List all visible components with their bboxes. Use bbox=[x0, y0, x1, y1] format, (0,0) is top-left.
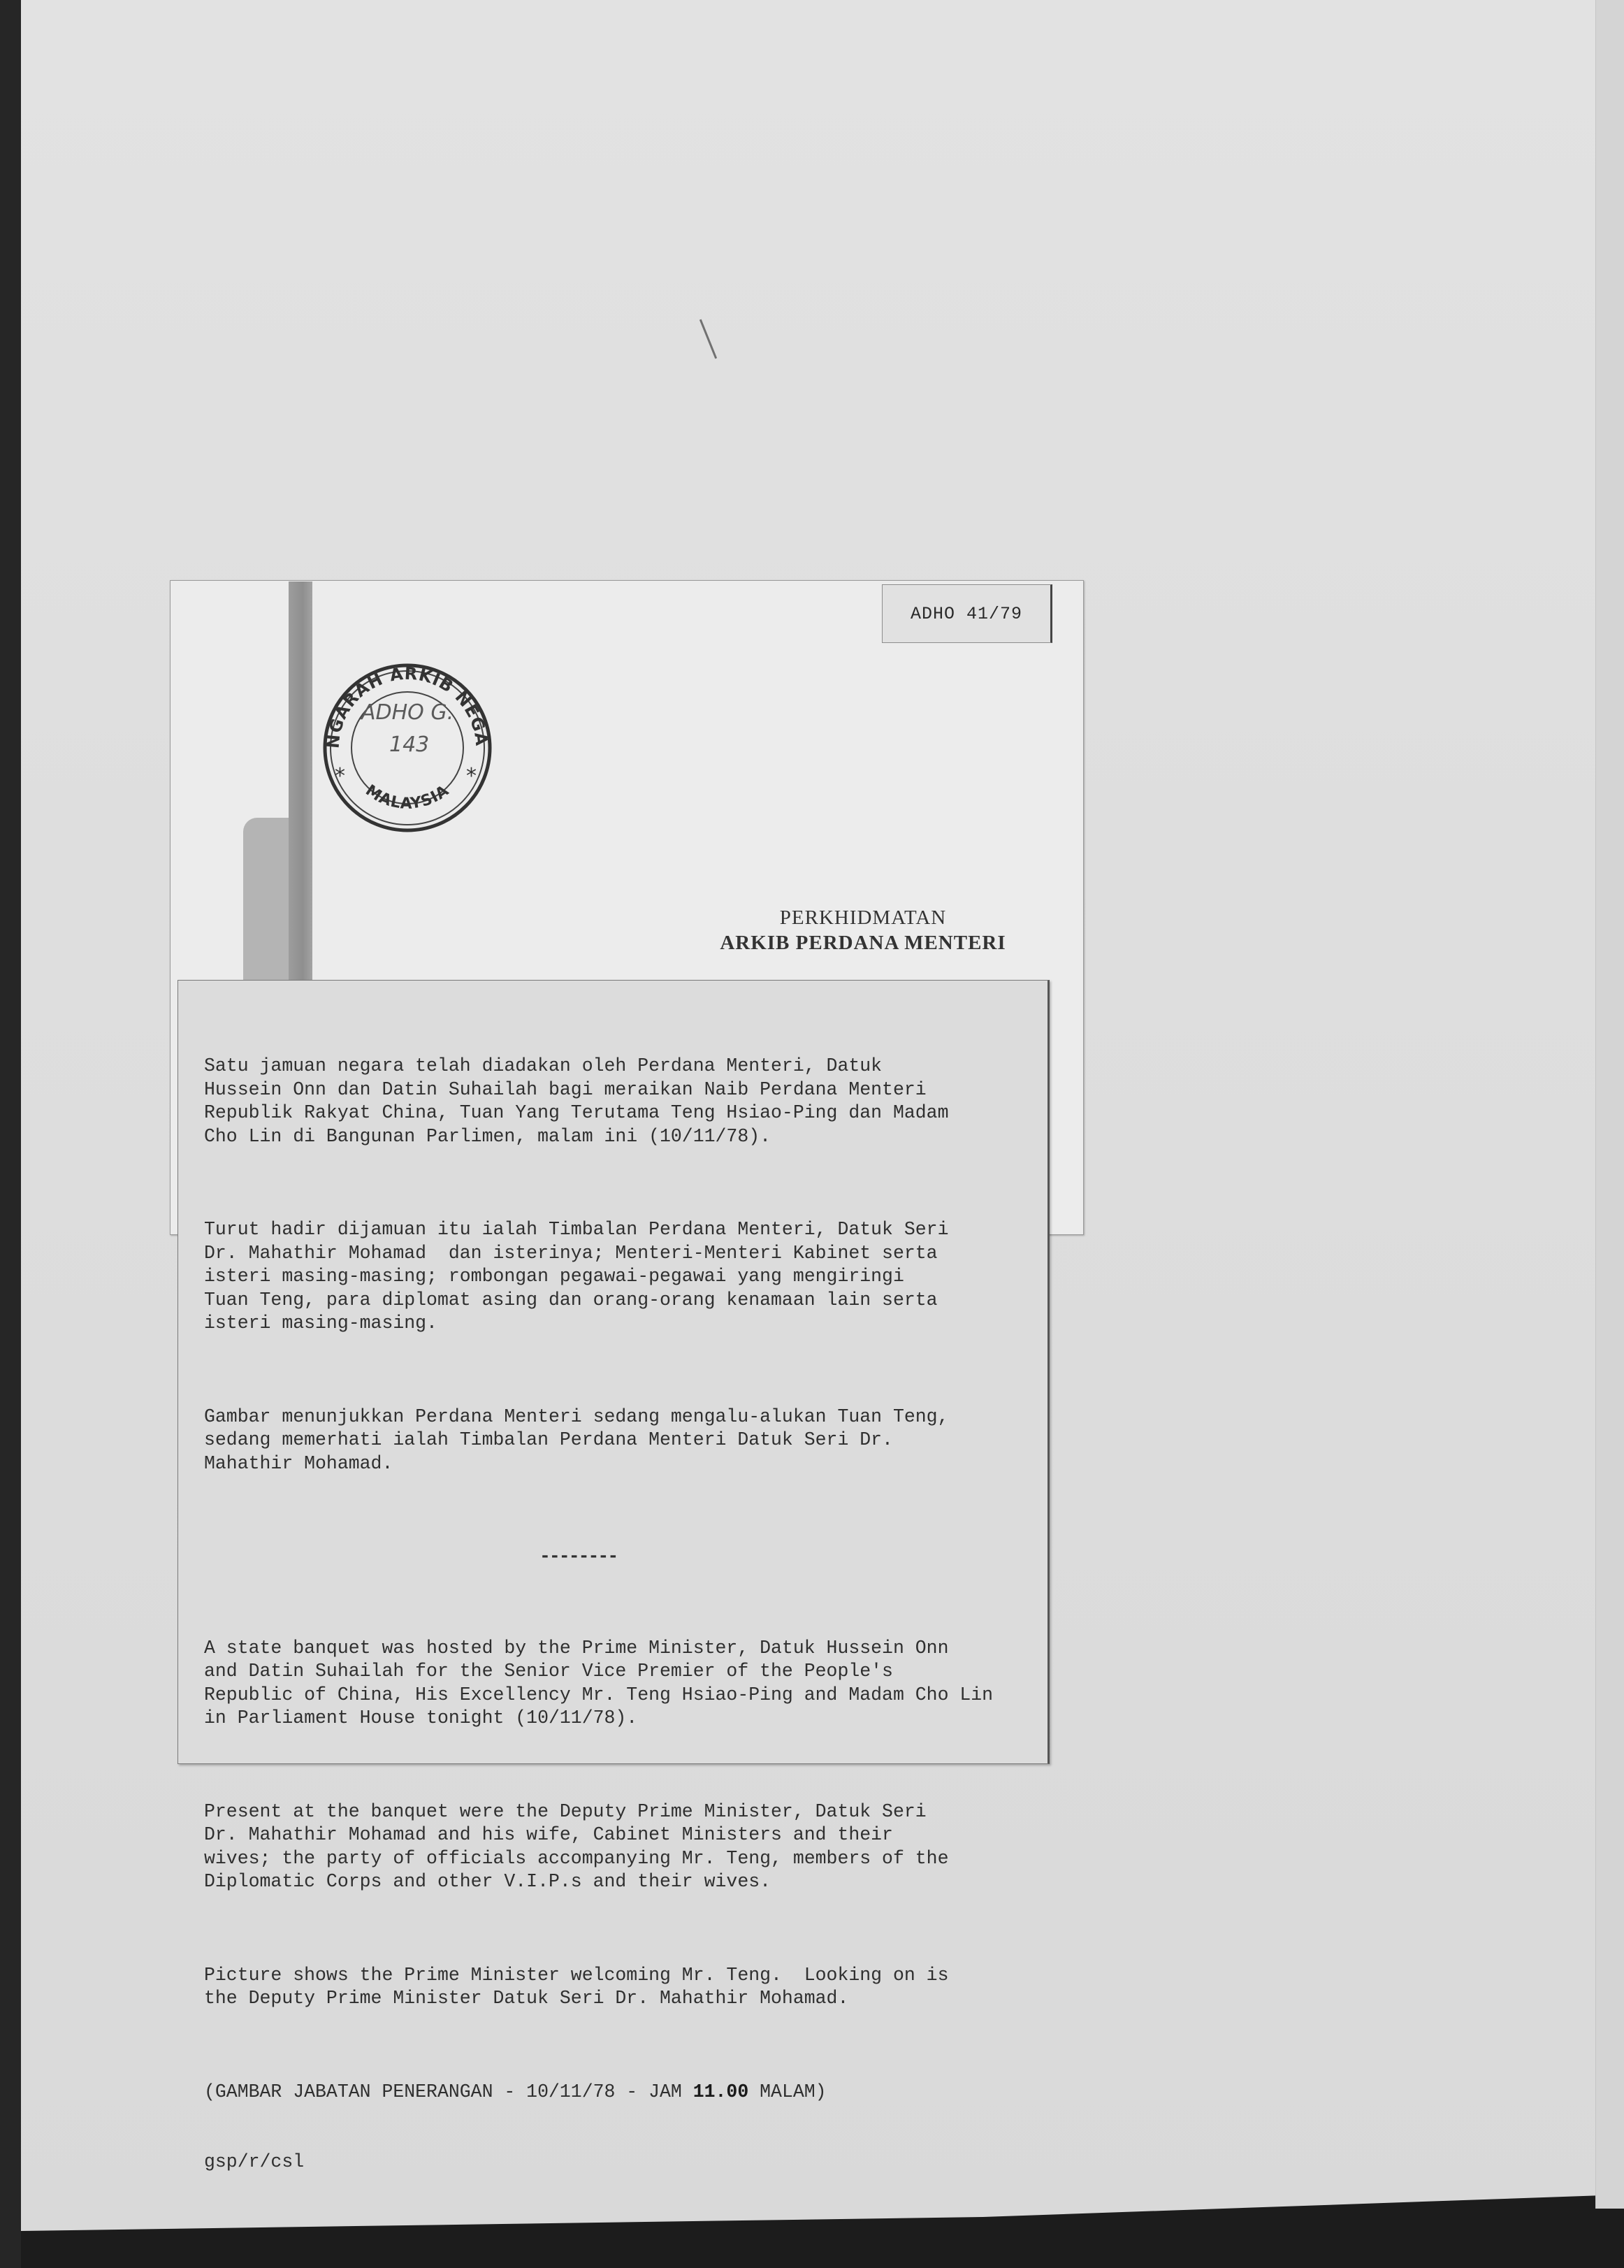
english-paragraph-1: A state banquet was hosted by the Prime … bbox=[204, 1637, 1043, 1731]
svg-text:MALAYSIA: MALAYSIA bbox=[362, 781, 452, 812]
backing-board-right-strip bbox=[1595, 0, 1624, 2209]
tape-strip bbox=[289, 582, 312, 980]
credit-time: 11.00 bbox=[693, 2081, 749, 2102]
reference-number: ADHO 41/79 bbox=[911, 604, 1022, 624]
caption-text: Satu jamuan negara telah diadakan oleh P… bbox=[204, 1008, 1043, 2197]
malay-paragraph-1: Satu jamuan negara telah diadakan oleh P… bbox=[204, 1055, 1043, 1148]
language-separator: -------- bbox=[204, 1545, 1043, 1569]
english-paragraph-2: Present at the banquet were the Deputy P… bbox=[204, 1800, 1043, 1894]
english-paragraph-3: Picture shows the Prime Minister welcomi… bbox=[204, 1964, 1043, 2011]
malay-paragraph-2: Turut hadir dijamuan itu ialah Timbalan … bbox=[204, 1218, 1043, 1336]
reference-label: ADHO 41/79 bbox=[882, 584, 1052, 643]
stamp-handwritten-number: 143 bbox=[389, 732, 429, 757]
credit-suffix: MALAM) bbox=[748, 2081, 826, 2102]
archive-stamp: PENGARAH ARKIB NEGARA MALAYSIA * * ADHO … bbox=[318, 643, 493, 849]
heading-line-2: ARKIB PERDANA MENTERI bbox=[699, 930, 1027, 955]
credit-prefix: (GAMBAR JABATAN PENERANGAN - 10/11/78 - … bbox=[204, 2081, 693, 2102]
svg-text:*: * bbox=[466, 764, 477, 788]
svg-text:*: * bbox=[335, 764, 345, 788]
service-heading: PERKHIDMATAN ARKIB PERDANA MENTERI bbox=[699, 905, 1027, 955]
heading-line-1: PERKHIDMATAN bbox=[699, 905, 1027, 930]
typist-initials: gsp/r/csl bbox=[204, 2151, 1043, 2174]
malay-paragraph-3: Gambar menunjukkan Perdana Menteri sedan… bbox=[204, 1406, 1043, 1476]
photo-credit: (GAMBAR JABATAN PENERANGAN - 10/11/78 - … bbox=[204, 2081, 1043, 2104]
scan-left-edge bbox=[0, 0, 21, 2268]
stamp-handwritten-code: ADHO G. bbox=[361, 700, 454, 725]
